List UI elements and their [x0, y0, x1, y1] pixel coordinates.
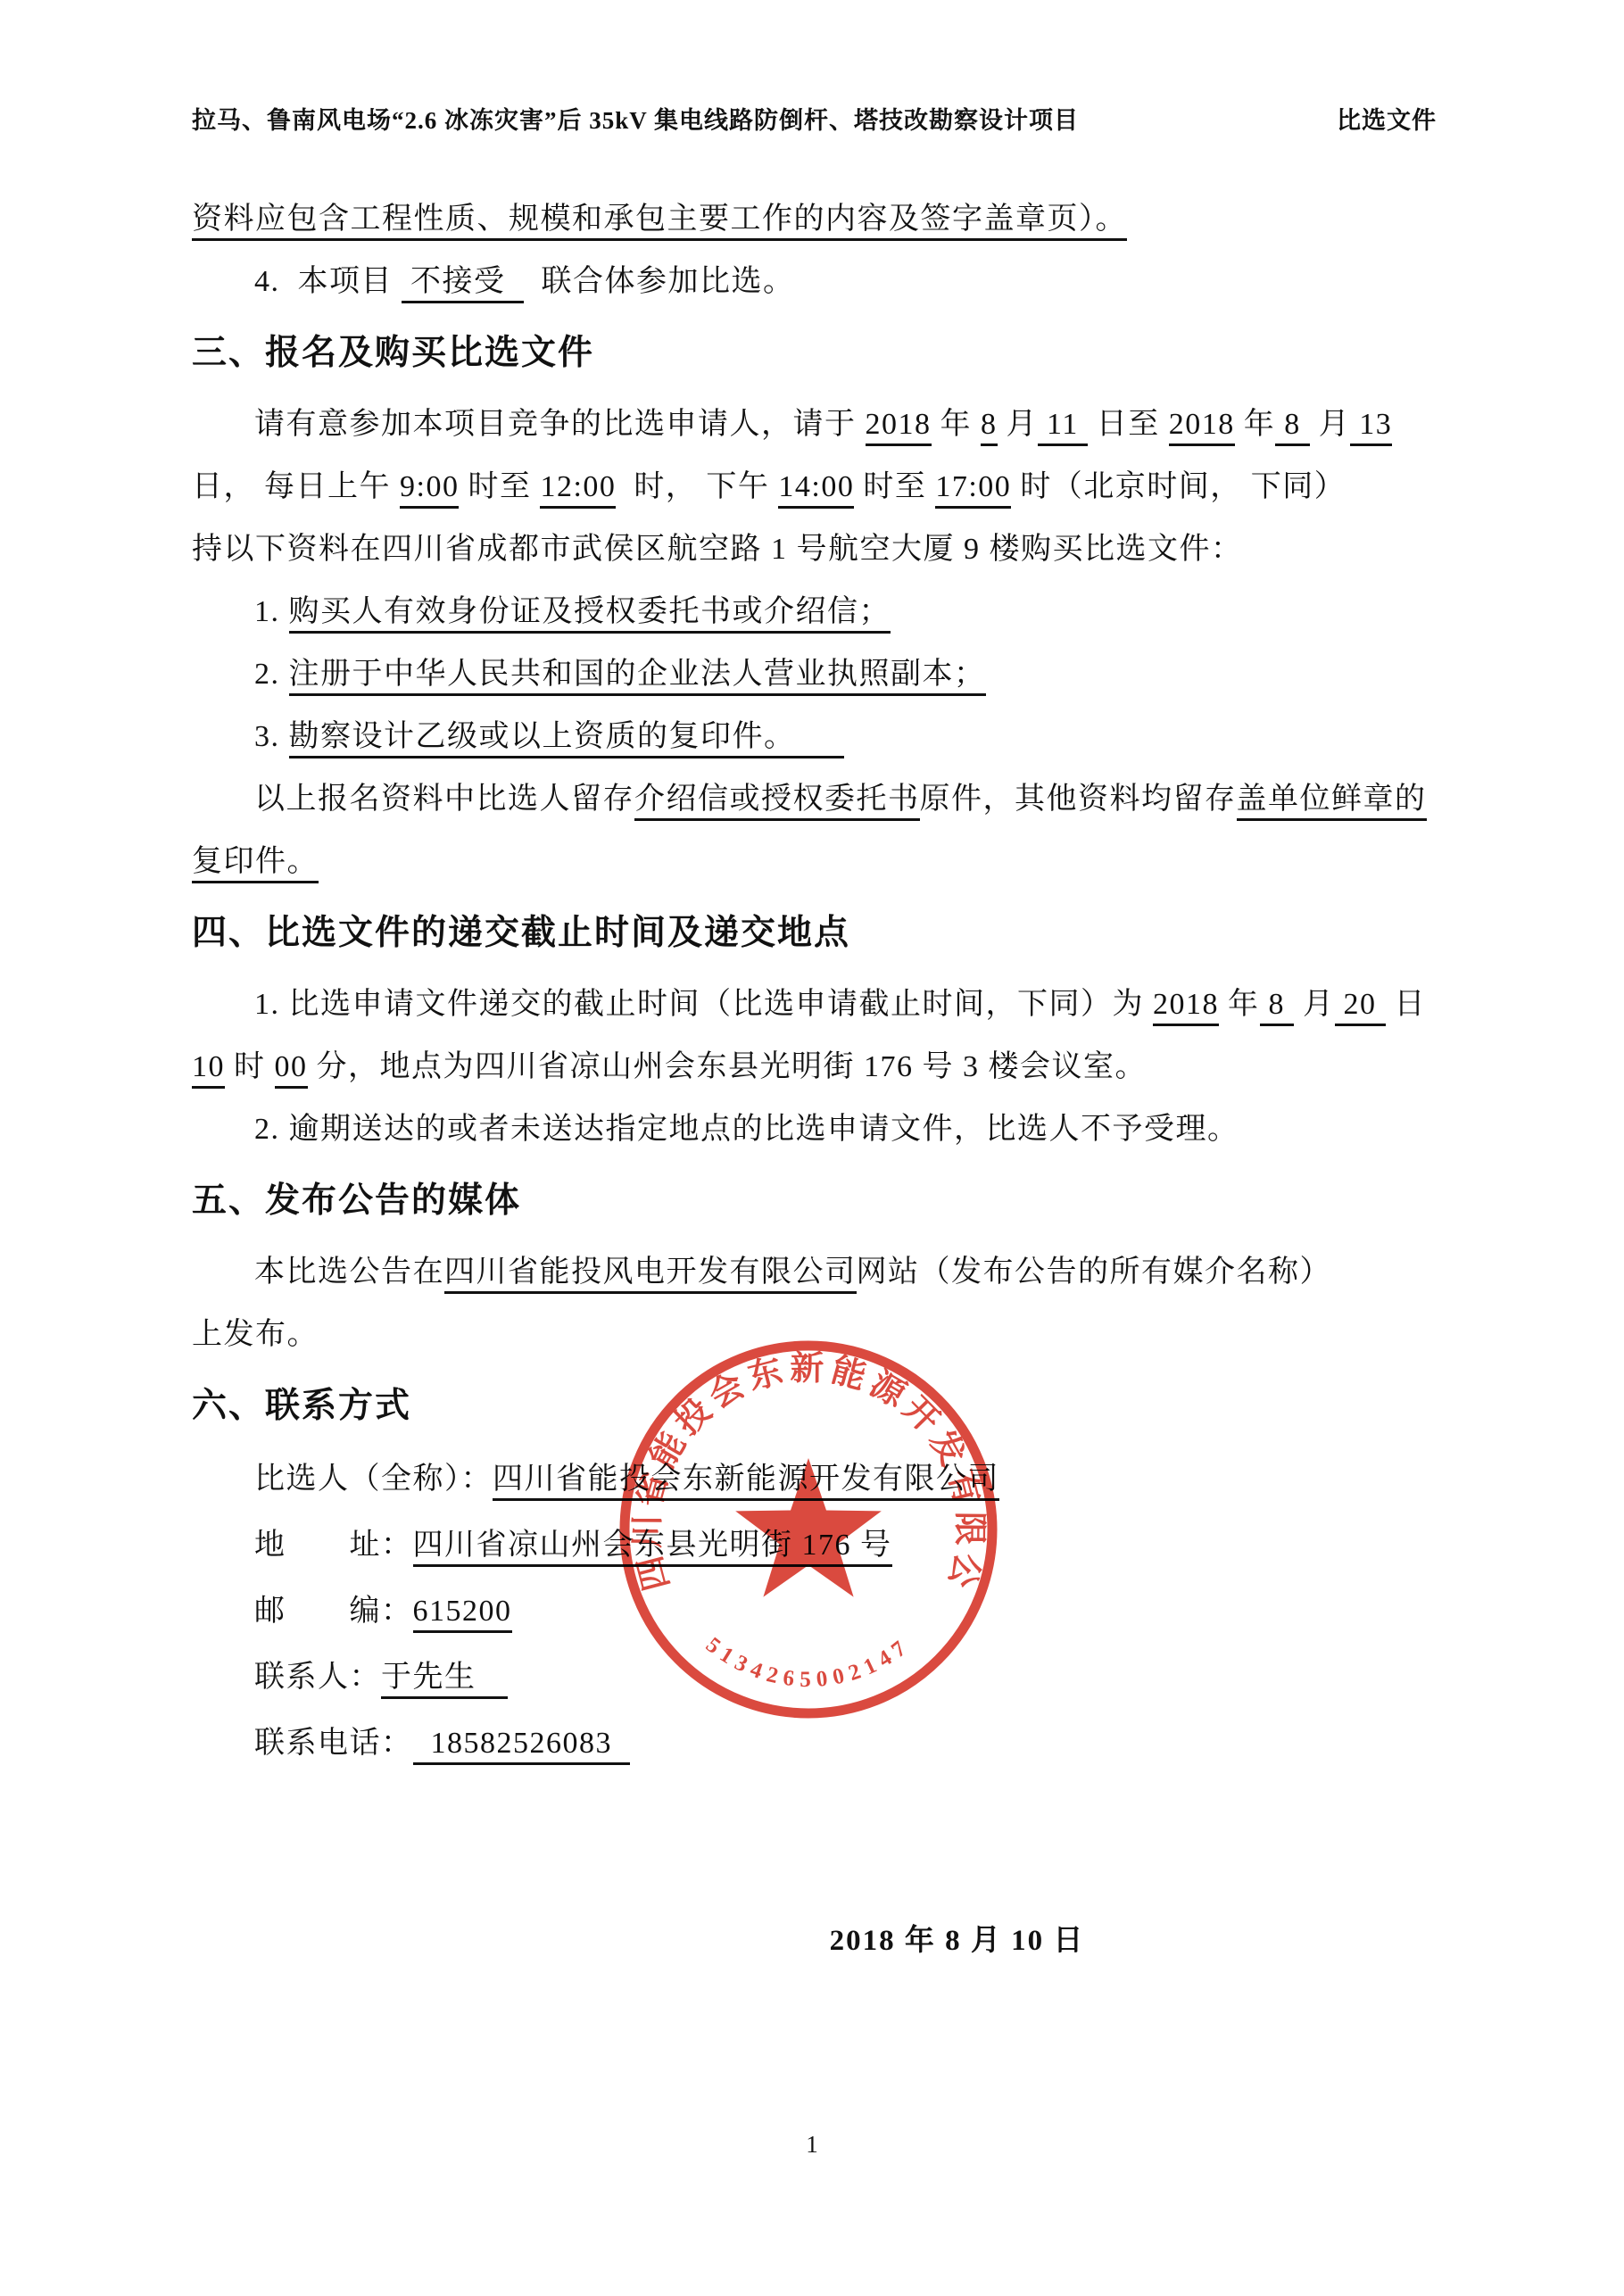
section-3-paragraph-line-3: 持以下资料在四川省成都市武侯区航空路 1 号航空大厦 9 楼购买比选文件：	[192, 518, 1437, 581]
section-3-list-item-2: 2. 注册于中华人民共和国的企业法人营业执照副本；	[192, 643, 1437, 706]
underlined-text: 20	[1335, 988, 1386, 1026]
underlined-text: 17:00	[935, 470, 1011, 509]
plain-text: 月	[998, 408, 1039, 441]
contact-row-address: 地 址：四川省凉山州会东县光明街 176 号	[192, 1513, 1437, 1579]
header-project-title: 拉马、鲁南风电场“2.6 冰冻灾害”后 35kV 集电线路防倒杆、塔技改勘察设计…	[192, 100, 1079, 141]
underlined-text: 8	[1275, 408, 1310, 446]
page-number: 1	[0, 2131, 1624, 2159]
underlined-text: 四川省凉山州会东县光明街 176 号	[413, 1529, 892, 1567]
underlined-text: 00	[275, 1050, 308, 1089]
plain-text: 上发布。	[192, 1318, 319, 1351]
underlined-text: 9:00	[400, 470, 459, 509]
plain-text: 时（北京时间， 下同）	[1011, 470, 1346, 503]
document-body: 资料应包含工程性质、规模和承包主要工作的内容及签字盖章页）。 4. 本项目 不接…	[192, 188, 1437, 1959]
underlined-text: 四川省能投会东新能源开发有限公司	[493, 1463, 999, 1501]
plain-text: 日	[1386, 988, 1427, 1021]
plain-text: 时至	[854, 470, 935, 503]
underlined-text: 资料应包含工程性质、规模和承包主要工作的内容及签字盖章页）。	[192, 203, 1127, 241]
plain-text: 日至	[1088, 408, 1169, 441]
underlined-text: 2018	[1153, 988, 1219, 1026]
item-4-line: 4. 本项目 不接受 联合体参加比选。	[192, 251, 1437, 313]
section-3-paragraph-line-1: 请有意参加本项目竞争的比选申请人，请于 2018 年 8 月 11 日至 201…	[192, 394, 1437, 456]
underlined-text: 11	[1038, 408, 1088, 446]
section-6-heading: 六、联系方式	[192, 1366, 1437, 1446]
plain-text: 4. 本项目	[254, 265, 402, 298]
plain-text: 比选人（全称）：	[254, 1463, 493, 1496]
plain-text: 联合体参加比选。	[524, 265, 795, 298]
plain-text: 年	[1219, 988, 1260, 1021]
contact-row-phone: 联系电话： 18582526083	[192, 1711, 1437, 1777]
plain-text: 网站（发布公告的所有媒介名称）	[857, 1256, 1332, 1289]
continuation-line: 资料应包含工程性质、规模和承包主要工作的内容及签字盖章页）。	[192, 188, 1437, 251]
underlined-text: 10	[192, 1050, 225, 1089]
plain-text: 3.	[254, 720, 289, 753]
underlined-text: 14:00	[778, 470, 854, 509]
section-3-heading: 三、报名及购买比选文件	[192, 313, 1437, 394]
underlined-text: 复印件。	[192, 845, 319, 883]
plain-text: 请有意参加本项目竞争的比选申请人，请于	[254, 408, 866, 441]
section-3-note-line-2: 复印件。	[192, 831, 1437, 893]
underlined-text: 购买人有效身份证及授权委托书或介绍信；	[289, 595, 891, 634]
section-3-list-item-1: 1. 购买人有效身份证及授权委托书或介绍信；	[192, 581, 1437, 643]
contact-block: 比选人（全称）：四川省能投会东新能源开发有限公司 地 址：四川省凉山州会东县光明…	[192, 1446, 1437, 1777]
section-4-paragraph-line-2: 10 时 00 分，地点为四川省凉山州会东县光明街 176 号 3 楼会议室。	[192, 1036, 1437, 1098]
plain-text: 分，地点为四川省凉山州会东县光明街 176 号 3 楼会议室。	[308, 1050, 1148, 1083]
underlined-text: 勘察设计乙级或以上资质的复印件。	[289, 720, 844, 758]
underlined-text: 盖单位鲜章的	[1237, 783, 1427, 821]
section-3-note-line-1: 以上报名资料中比选人留存介绍信或授权委托书原件，其他资料均留存盖单位鲜章的	[192, 768, 1437, 831]
document-date: 2018 年 8 月 10 日	[335, 1917, 1579, 1959]
underlined-text: 于先生	[381, 1661, 508, 1699]
plain-text: 月	[1310, 408, 1351, 441]
underlined-text: 8	[1260, 988, 1295, 1026]
plain-text: 时， 下午	[616, 470, 778, 503]
section-3-list-item-3: 3. 勘察设计乙级或以上资质的复印件。	[192, 706, 1437, 768]
section-4-paragraph-2: 2. 逾期送达的或者未送达指定地点的比选申请文件，比选人不予受理。	[192, 1098, 1437, 1161]
plain-text: 1. 比选申请文件递交的截止时间（比选申请截止时间，下同）为	[254, 988, 1153, 1021]
plain-text: 日， 每日上午	[192, 470, 400, 503]
plain-text: 原件，其他资料均留存	[920, 783, 1237, 816]
underlined-text: 13	[1350, 408, 1392, 446]
section-5-heading: 五、发布公告的媒体	[192, 1161, 1437, 1241]
contact-row-bidder: 比选人（全称）：四川省能投会东新能源开发有限公司	[192, 1446, 1437, 1513]
plain-text: 月	[1294, 988, 1335, 1021]
underlined-text: 615200	[413, 1595, 512, 1633]
plain-text: 2.	[254, 658, 289, 691]
underlined-text: 8	[981, 408, 998, 446]
contact-row-postcode: 邮 编：615200	[192, 1579, 1437, 1645]
section-4-paragraph-line-1: 1. 比选申请文件递交的截止时间（比选申请截止时间，下同）为 2018 年 8 …	[192, 974, 1437, 1036]
plain-text: 年	[932, 408, 982, 441]
section-5-paragraph-line-1: 本比选公告在四川省能投风电开发有限公司网站（发布公告的所有媒介名称）	[192, 1241, 1437, 1304]
plain-text: 联系电话：	[254, 1727, 413, 1760]
section-4-heading: 四、比选文件的递交截止时间及递交地点	[192, 893, 1437, 974]
plain-text: 年	[1235, 408, 1276, 441]
plain-text: 以上报名资料中比选人留存	[254, 783, 634, 816]
section-5-paragraph-line-2: 上发布。	[192, 1304, 1437, 1366]
header-doc-label: 比选文件	[1337, 100, 1437, 141]
underlined-text: 介绍信或授权委托书	[634, 783, 920, 821]
plain-text: 联系人：	[254, 1661, 381, 1694]
underlined-text: 18582526083	[413, 1727, 631, 1765]
plain-text: 时	[225, 1050, 275, 1083]
underlined-text: 四川省能投风电开发有限公司	[444, 1256, 857, 1294]
plain-text: 本比选公告在	[254, 1256, 444, 1289]
section-3-paragraph-line-2: 日， 每日上午 9:00 时至 12:00 时， 下午 14:00 时至 17:…	[192, 456, 1437, 518]
document-page: 拉马、鲁南风电场“2.6 冰冻灾害”后 35kV 集电线路防倒杆、塔技改勘察设计…	[0, 0, 1624, 2296]
plain-text: 持以下资料在四川省成都市武侯区航空路 1 号航空大厦 9 楼购买比选文件：	[192, 533, 1243, 566]
plain-text: 邮 编：	[254, 1595, 413, 1628]
plain-text: 时至	[459, 470, 540, 503]
plain-text: 地 址：	[254, 1529, 413, 1562]
underlined-text: 注册于中华人民共和国的企业法人营业执照副本；	[289, 658, 986, 696]
plain-text: 1.	[254, 595, 289, 628]
underlined-text: 不接受	[402, 265, 524, 303]
plain-text: 2. 逾期送达的或者未送达指定地点的比选申请文件，比选人不予受理。	[254, 1113, 1239, 1146]
page-header: 拉马、鲁南风电场“2.6 冰冻灾害”后 35kV 集电线路防倒杆、塔技改勘察设计…	[192, 100, 1437, 141]
contact-row-person: 联系人：于先生	[192, 1645, 1437, 1711]
underlined-text: 12:00	[540, 470, 616, 509]
underlined-text: 2018	[1169, 408, 1235, 446]
underlined-text: 2018	[866, 408, 932, 446]
